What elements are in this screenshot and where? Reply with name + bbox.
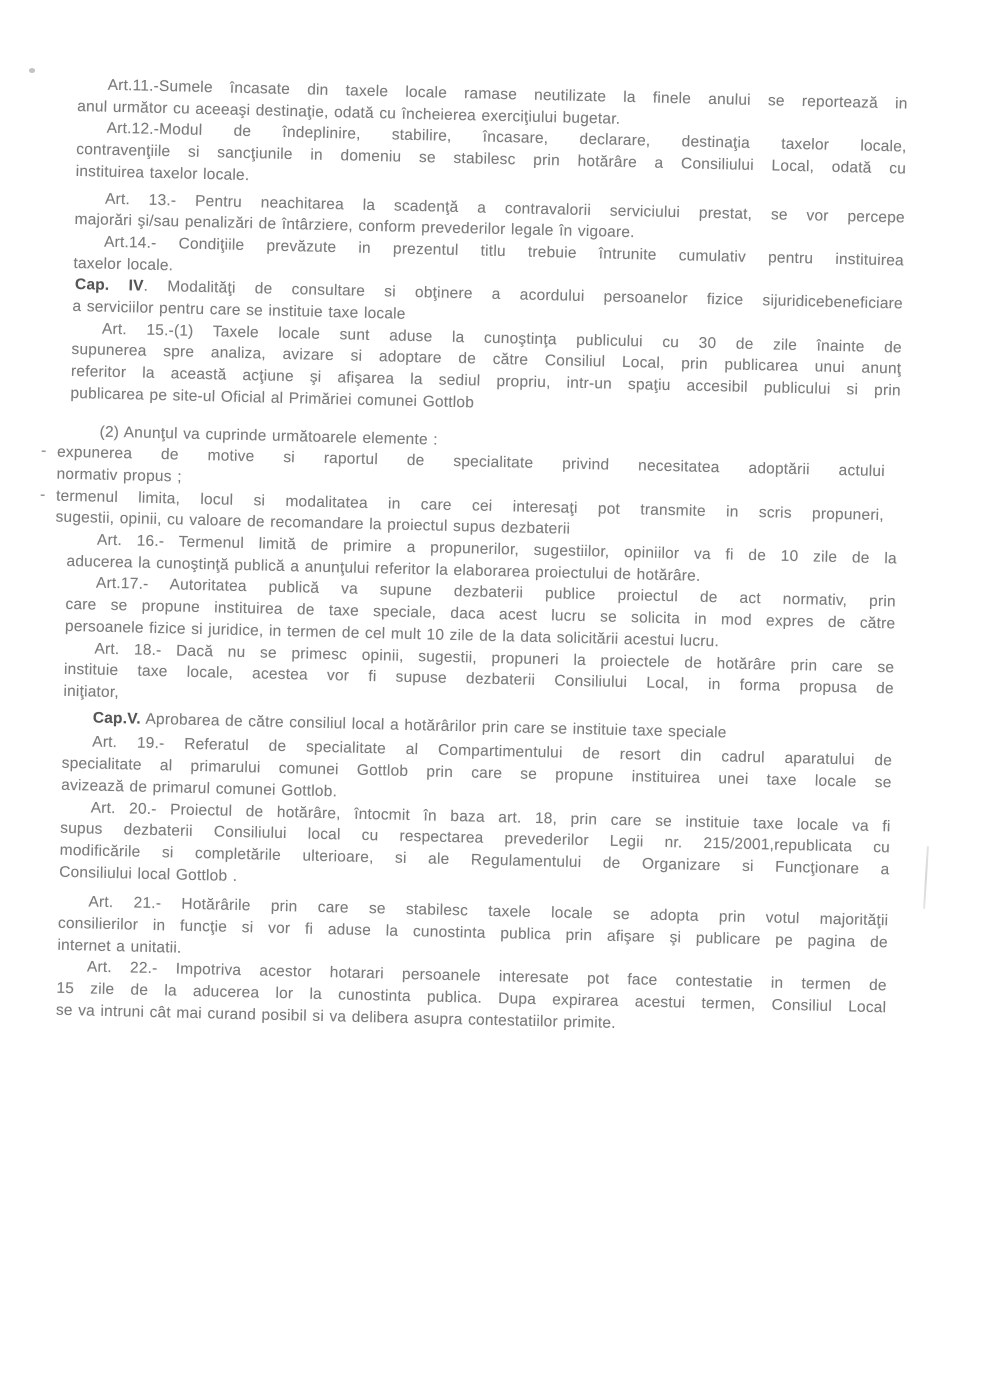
chapter-label: Cap.V. bbox=[93, 709, 141, 727]
text-block: Art.11.-Sumele încasate din taxele local… bbox=[56, 74, 908, 1041]
paragraph: Art. 20.- Proiectul de hotărâre, întocmi… bbox=[59, 796, 891, 902]
document-page: Art.11.-Sumele încasate din taxele local… bbox=[0, 0, 990, 1400]
paragraph: Art. 15.-(1) Taxele locale sunt aduse la… bbox=[70, 318, 902, 424]
scan-crease bbox=[923, 846, 929, 909]
chapter-label: Cap. IV bbox=[75, 276, 144, 295]
scan-speck bbox=[28, 67, 35, 74]
bullet-dash: - bbox=[40, 484, 46, 506]
bullet-dash: - bbox=[41, 440, 47, 462]
